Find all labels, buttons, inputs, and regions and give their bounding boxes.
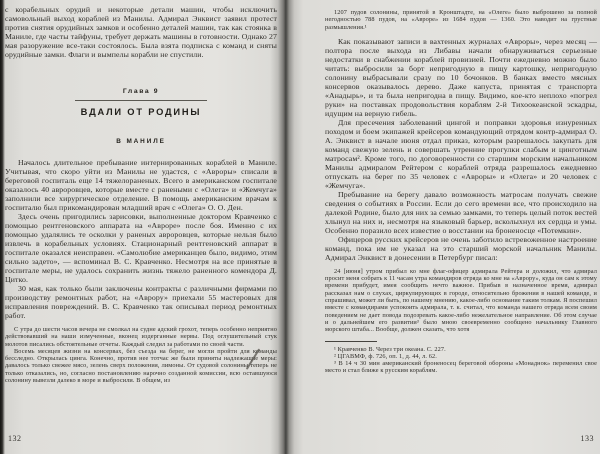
footnotes: ¹ Кравченко В. Через три океана. С. 227.…: [325, 346, 597, 375]
body-paragraph: Офицеров русских крейсеров не очень забо…: [325, 235, 597, 262]
quote-paragraph: С утра до шести часов вечера не смолкал …: [5, 326, 277, 348]
right-page: 1207 пудов солонины, принятой в Кронштад…: [325, 0, 597, 454]
left-page: с корабельных орудий и некоторые детали …: [5, 0, 277, 454]
footnote: ¹ Кравченко В. Через три океана. С. 227.: [325, 346, 597, 353]
footnote-divider: [325, 341, 377, 342]
body-paragraph: Здесь очень пригодились зарисовки, выпол…: [5, 212, 277, 284]
page-gutter-shadow: [270, 0, 303, 454]
scan-left-edge: [0, 0, 5, 454]
section-title: В МАНИЛЕ: [5, 137, 277, 146]
chapter-rule-divider: [75, 100, 207, 101]
page-number-left: 132: [8, 434, 22, 443]
body-paragraph: Как показывают записи в вахтенных журнал…: [325, 37, 597, 118]
chapter-label: Глава 9: [5, 87, 277, 96]
block-quote-continuation: 1207 пудов солонины, принятой в Кронштад…: [325, 9, 597, 31]
block-quote: 24 [июня] утром прибыл ко мне флаг-офице…: [325, 268, 597, 334]
quote-paragraph: Восемь месяцев жизни на консервах, без с…: [5, 348, 277, 384]
block-quote: С утра до шести часов вечера не смолкал …: [5, 326, 277, 384]
body-paragraph: 30 мая, как только были заключены контра…: [5, 284, 277, 320]
body-paragraph: Пребывание на берегу давало возможность …: [325, 190, 597, 235]
chapter-title: ВДАЛИ ОТ РОДИНЫ: [5, 108, 277, 117]
footnote: ³ В 14 ч 30 мин американский броненосец …: [325, 360, 597, 375]
quote-paragraph: 1207 пудов солонины, принятой в Кронштад…: [325, 9, 597, 31]
footnote: ² ЦГАВМФ, ф. 726, оп. 1, д. 44, л. 62.: [325, 353, 597, 360]
page-number-right: 133: [581, 434, 595, 443]
body-paragraph-continuation: с корабельных орудий и некоторые детали …: [5, 5, 277, 59]
body-paragraph: Для пресечения заболеваний цингой и попр…: [325, 118, 597, 190]
quote-paragraph: 24 [июня] утром прибыл ко мне флаг-офице…: [325, 268, 597, 334]
book-spread: с корабельных орудий и некоторые детали …: [0, 0, 600, 454]
body-paragraph: Началось длительное пребывание интерниро…: [5, 158, 277, 212]
